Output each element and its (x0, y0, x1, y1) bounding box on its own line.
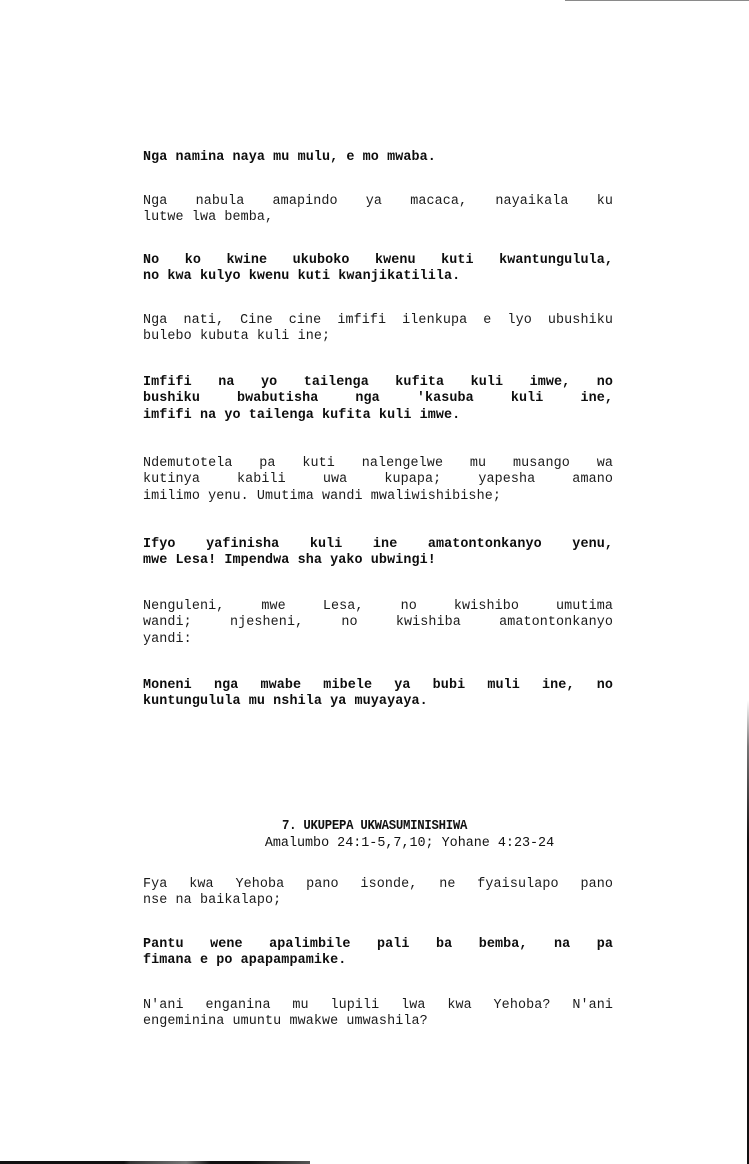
text-line: Nenguleni, mwe Lesa, no kwishibo umutima (143, 599, 613, 615)
scripture-reference: Amalumbo 24:1-5,7,10; Yohane 4:23-24 (0, 835, 749, 852)
text-line: Nga nabula amapindo ya macaca, nayaikala… (143, 194, 613, 210)
text-line: nse na baikalapo; (143, 893, 613, 909)
text-line: Pantu wene apalimbile pali ba bemba, na … (143, 937, 613, 953)
text-line: no kwa kulyo kwenu kuti kwanjikatilila. (143, 269, 613, 285)
stanza: Nenguleni, mwe Lesa, no kwishibo umutima… (143, 599, 613, 648)
stanza: Imfifi na yo tailenga kufita kuli imwe, … (143, 375, 613, 424)
section-heading: 7. UKUPEPA UKWASUMINISHIWA Amalumbo 24:1… (0, 818, 749, 852)
text-line: Moneni nga mwabe mibele ya bubi muli ine… (143, 678, 613, 694)
text-line: N'ani enganina mu lupili lwa kwa Yehoba?… (143, 998, 613, 1014)
text-line: Imfifi na yo tailenga kufita kuli imwe, … (143, 375, 613, 391)
text-line: lutwe lwa bemba, (143, 210, 613, 226)
text-line: fimana e po apapampamike. (143, 953, 613, 969)
text-line: kutinya kabili uwa kupapa; yapesha amano (143, 472, 613, 488)
text-line: mwe Lesa! Impendwa sha yako ubwingi! (143, 553, 613, 569)
stanza: Fya kwa Yehoba pano isonde, ne fyaisulap… (143, 877, 613, 910)
text-line: engeminina umuntu mwakwe umwashila? (143, 1014, 613, 1030)
text-line: bulebo kubuta kuli ine; (143, 329, 613, 345)
stanza: Nga namina naya mu mulu, e mo mwaba. (143, 150, 613, 166)
text-line: imilimo yenu. Umutima wandi mwaliwishibi… (143, 489, 613, 505)
text-line: Ndemutotela pa kuti nalengelwe mu musang… (143, 456, 613, 472)
stanza: Nga nati, Cine cine imfifi ilenkupa e ly… (143, 313, 613, 346)
stanza: Nga nabula amapindo ya macaca, nayaikala… (143, 194, 613, 227)
page-edge-top (565, 0, 749, 1)
stanza: Ndemutotela pa kuti nalengelwe mu musang… (143, 456, 613, 505)
stanza: No ko kwine ukuboko kwenu kuti kwantungu… (143, 253, 613, 286)
stanza: Ifyo yafinisha kuli ine amatontonkanyo y… (143, 537, 613, 570)
stanza: N'ani enganina mu lupili lwa kwa Yehoba?… (143, 998, 613, 1031)
stanza: Moneni nga mwabe mibele ya bubi muli ine… (143, 678, 613, 711)
text-line: No ko kwine ukuboko kwenu kuti kwantungu… (143, 253, 613, 269)
text-line: Nga nati, Cine cine imfifi ilenkupa e ly… (143, 313, 613, 329)
section-title: 7. UKUPEPA UKWASUMINISHIWA (282, 818, 467, 835)
text-line: yandi: (143, 632, 613, 648)
stanza: Pantu wene apalimbile pali ba bemba, na … (143, 937, 613, 970)
text-line: Fya kwa Yehoba pano isonde, ne fyaisulap… (143, 877, 613, 893)
text-line: bushiku bwabutisha nga 'kasuba kuli ine, (143, 391, 613, 407)
text-line: Nga namina naya mu mulu, e mo mwaba. (143, 150, 613, 166)
text-line: wandi; njesheni, no kwishiba amatontonka… (143, 615, 613, 631)
text-line: kuntungulula mu nshila ya muyayaya. (143, 694, 613, 710)
text-line: Ifyo yafinisha kuli ine amatontonkanyo y… (143, 537, 613, 553)
text-line: imfifi na yo tailenga kufita kuli imwe. (143, 408, 613, 424)
